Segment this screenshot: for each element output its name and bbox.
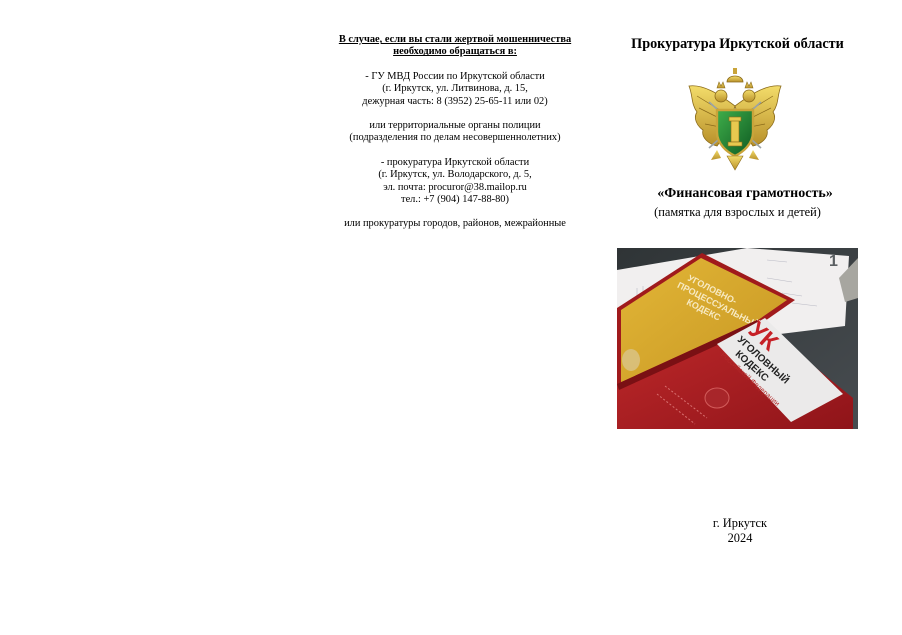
city-name: г. Иркутск: [690, 516, 790, 531]
mvd-line3: дежурная часть: 8 (3952) 25-65-11 или 02…: [320, 96, 590, 108]
brochure-subtitle: (памятка для взрослых и детей): [610, 205, 865, 220]
police-line2: (подразделения по делам несовершеннолетн…: [320, 132, 590, 144]
channel-logo: 1: [829, 253, 838, 270]
prosecutor-emblem-icon: [683, 66, 787, 172]
contacts-heading-line2: необходимо обращаться в:: [320, 46, 590, 58]
police-contact: или территориальные органы полиции (подр…: [320, 120, 590, 145]
prosecutor-line1: - прокуратура Иркутской области: [320, 157, 590, 169]
mvd-contact: - ГУ МВД России по Иркутской области (г.…: [320, 71, 590, 108]
prosecutor-contact: - прокуратура Иркутской области (г. Ирку…: [320, 157, 590, 207]
org-title: Прокуратура Иркутской области: [605, 36, 870, 53]
brochure-title: «Финансовая грамотность»: [605, 186, 885, 202]
other-prosecutors: или прокуратуры городов, районов, межрай…: [320, 218, 590, 230]
other-prosecutors-text: или прокуратуры городов, районов, межрай…: [320, 218, 590, 230]
mvd-line2: (г. Иркутск, ул. Литвинова, д. 15,: [320, 83, 590, 95]
contacts-panel: В случае, если вы стали жертвой мошеннич…: [320, 34, 590, 231]
prosecutor-email: эл. почта: procuror@38.mailop.ru: [320, 182, 590, 194]
prosecutor-phone: тел.: +7 (904) 147-88-80): [320, 194, 590, 206]
prosecutor-line2: (г. Иркутск, ул. Володарского, д. 5,: [320, 169, 590, 181]
mvd-line1: - ГУ МВД России по Иркутской области: [320, 71, 590, 83]
criminal-code-books-photo: 1 УГОЛОВНО- ПРОЦЕССУАЛЬНЫЙ КОДЕКС УК УГО…: [617, 248, 858, 429]
contacts-heading-line1: В случае, если вы стали жертвой мошеннич…: [320, 34, 590, 46]
publication-place: г. Иркутск 2024: [690, 516, 790, 546]
publication-year: 2024: [690, 531, 790, 546]
police-line1: или территориальные органы полиции: [320, 120, 590, 132]
